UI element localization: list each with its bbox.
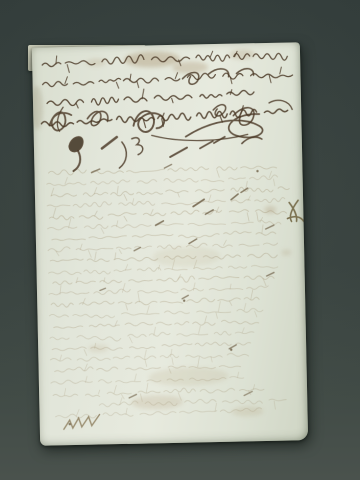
photo-backdrop: [0, 0, 360, 480]
manuscript-page: [32, 42, 308, 446]
manuscript-ink: [32, 42, 308, 446]
